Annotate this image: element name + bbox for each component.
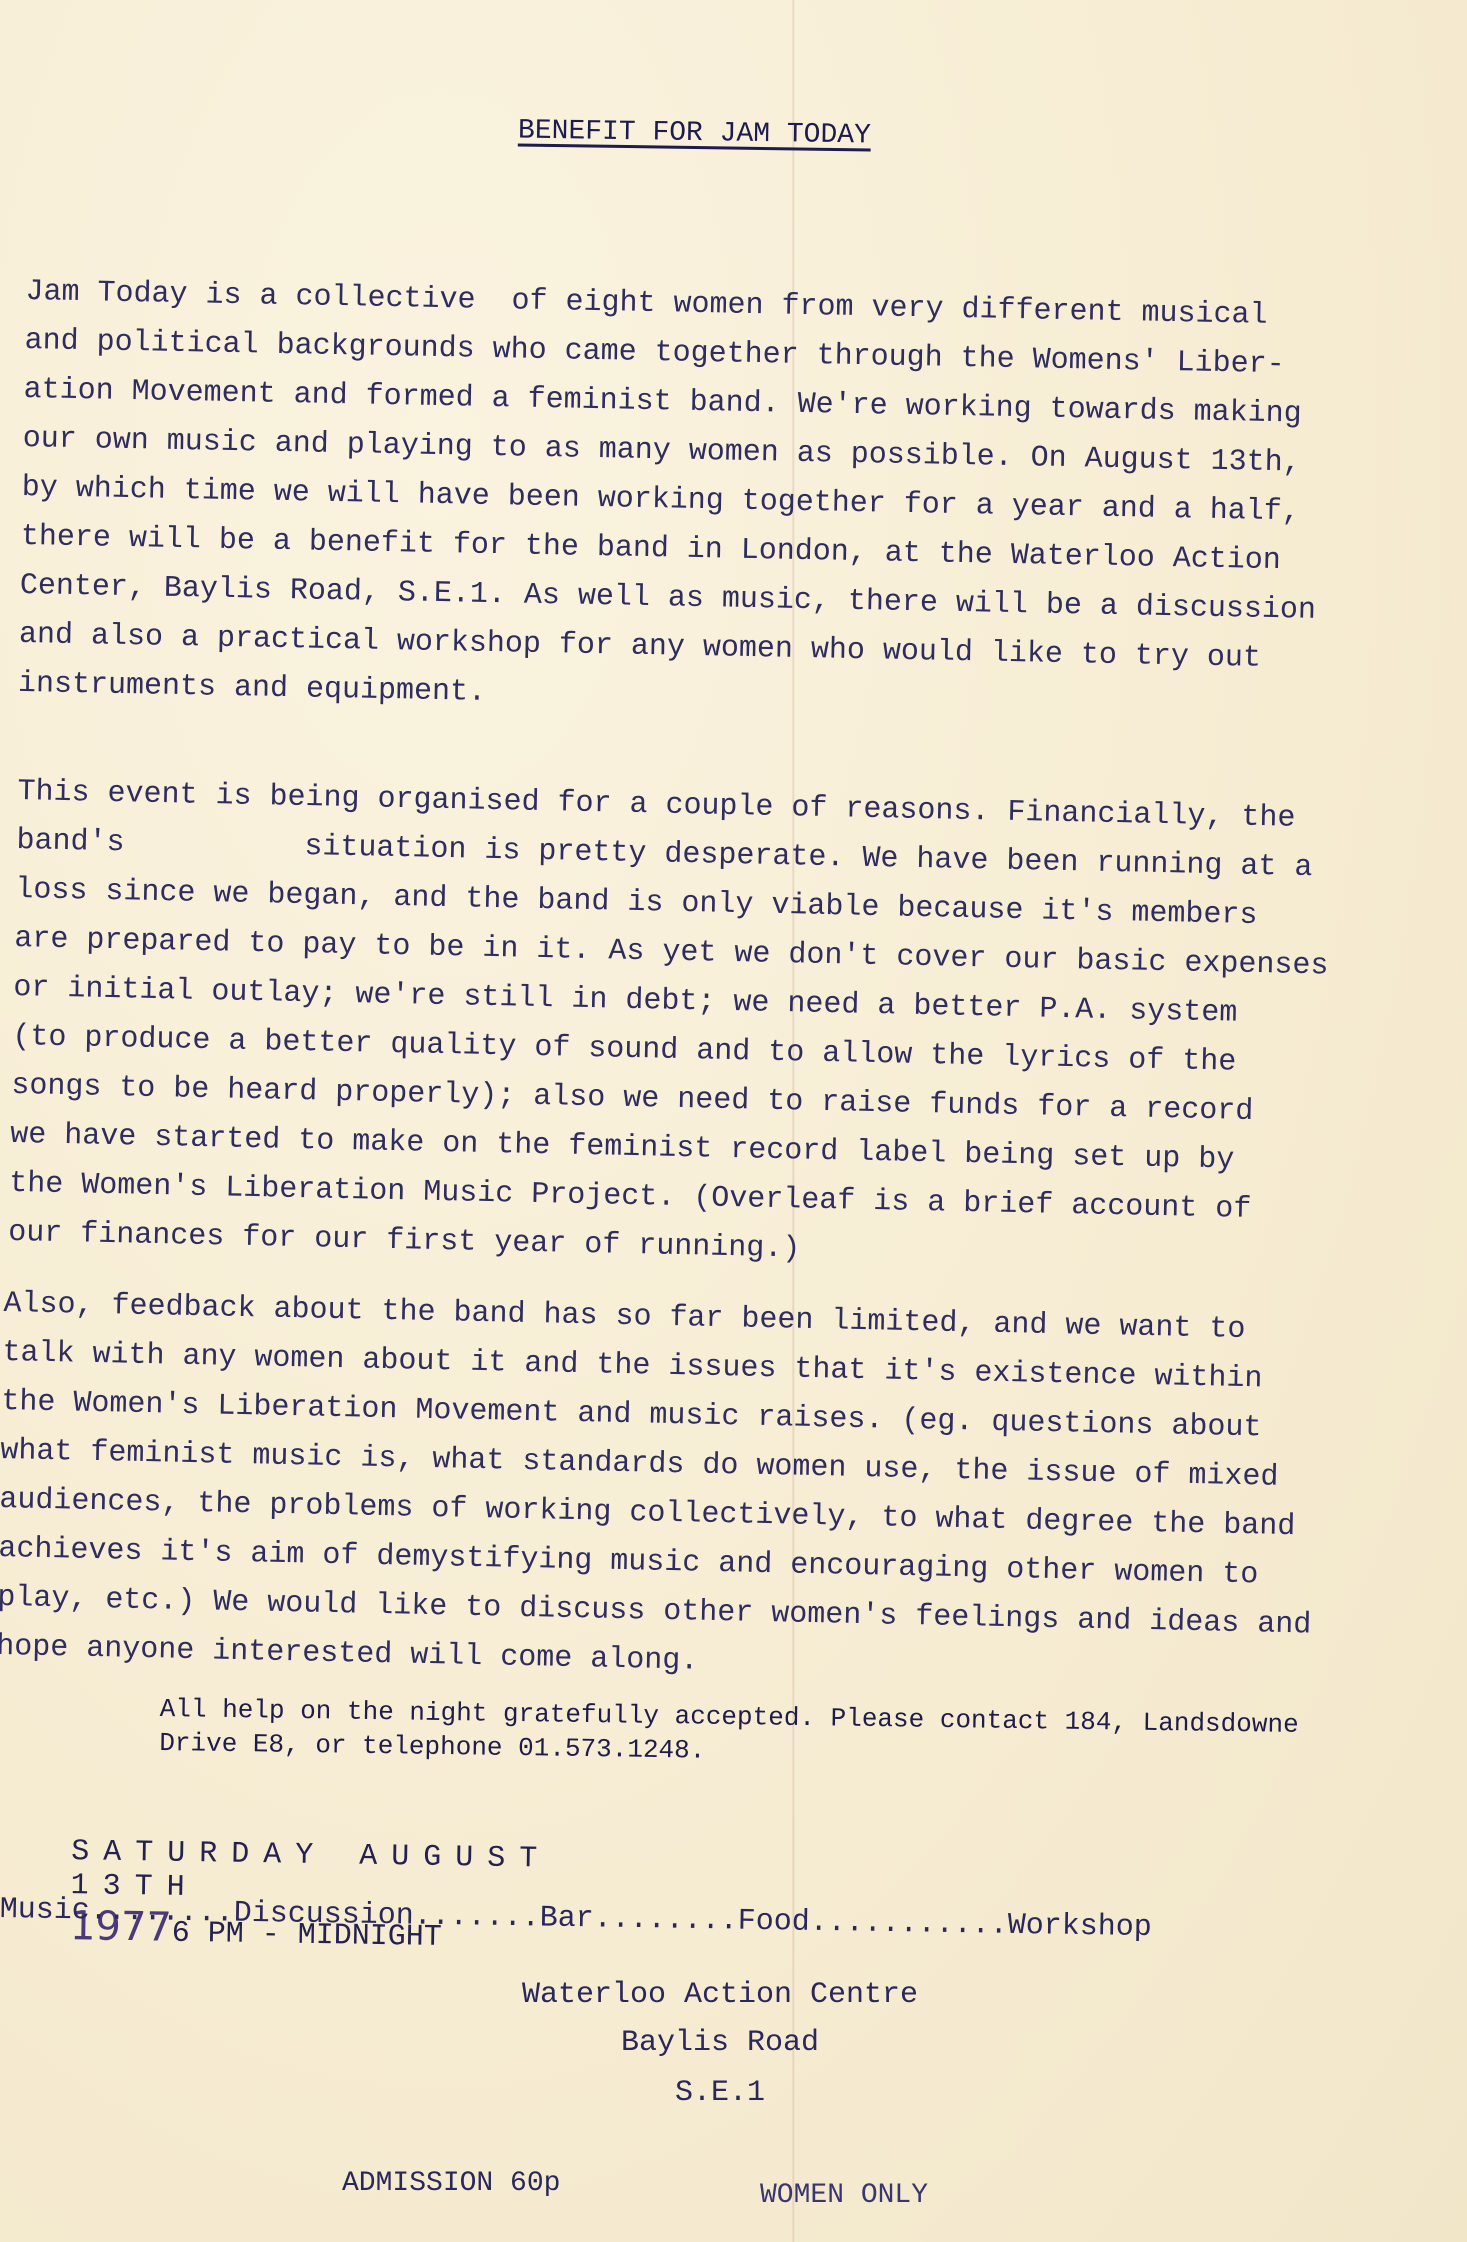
intro-paragraph: Jam Today is a collective of eight women… xyxy=(18,268,1322,734)
flyer-page: BENEFIT FOR JAM TODAY Jam Today is a col… xyxy=(0,0,1467,2242)
reasons-paragraph: This event is being organised for a coup… xyxy=(8,768,1332,1285)
venue-postcode: S.E.1 xyxy=(440,2076,1000,2110)
flyer-title: BENEFIT FOR JAM TODAY xyxy=(518,116,871,152)
feedback-paragraph: Also, feedback about the band has so far… xyxy=(0,1280,1318,1699)
women-only-label: WOMEN ONLY xyxy=(760,2180,928,2211)
venue-street: Baylis Road xyxy=(440,2026,1000,2060)
admission-price: ADMISSION 60p xyxy=(342,2168,560,2199)
help-note: All help on the night gratefully accepte… xyxy=(159,1692,1299,1776)
venue-name: Waterloo Action Centre xyxy=(440,1978,1000,2012)
